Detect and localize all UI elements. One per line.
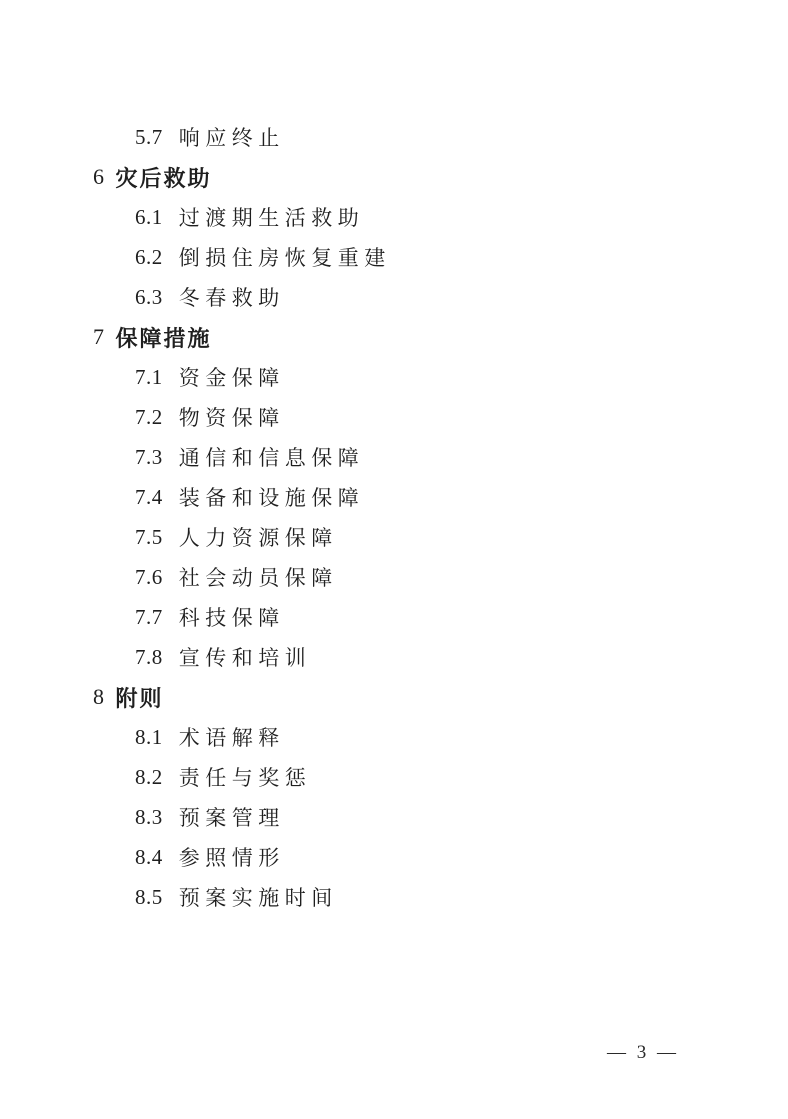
toc-entry-label: 响应终止 — [179, 122, 285, 152]
toc-entry-number: 7.1 — [135, 365, 163, 390]
toc-entry-number: 7.4 — [135, 485, 163, 510]
toc-entry-number: 7 — [93, 324, 105, 350]
toc-entry-label: 责任与奖惩 — [179, 762, 312, 792]
toc-entry-number: 8.1 — [135, 725, 163, 750]
toc-entry-label: 术语解释 — [179, 722, 285, 752]
toc-entry-label: 过渡期生活救助 — [179, 202, 365, 232]
toc-entry-label: 人力资源保障 — [179, 522, 338, 552]
toc-entry-number: 7.5 — [135, 525, 163, 550]
toc-entry-6-1: 6.1 过渡期生活救助 — [0, 197, 788, 237]
toc-entry-7: 7 保障措施 — [0, 317, 788, 357]
toc-entry-number: 8.5 — [135, 885, 163, 910]
toc-entry-number: 7.6 — [135, 565, 163, 590]
toc-entry-number: 7.8 — [135, 645, 163, 670]
toc-entry-label: 预案管理 — [179, 802, 285, 832]
document-page: 5.7 响应终止 6 灾后救助 6.1 过渡期生活救助 6.2 倒损住房恢复重建… — [0, 0, 788, 1119]
toc-entry-8-4: 8.4 参照情形 — [0, 837, 788, 877]
toc-entry-label: 装备和设施保障 — [179, 482, 365, 512]
toc-entry-7-6: 7.6 社会动员保障 — [0, 557, 788, 597]
toc-entry-6: 6 灾后救助 — [0, 157, 788, 197]
toc-entry-8-3: 8.3 预案管理 — [0, 797, 788, 837]
toc-entry-6-3: 6.3 冬春救助 — [0, 277, 788, 317]
toc-entry-label: 预案实施时间 — [179, 882, 338, 912]
toc-entry-number: 6 — [93, 164, 105, 190]
table-of-contents: 5.7 响应终止 6 灾后救助 6.1 过渡期生活救助 6.2 倒损住房恢复重建… — [0, 117, 788, 917]
toc-entry-number: 8 — [93, 684, 105, 710]
toc-entry-label: 通信和信息保障 — [179, 442, 365, 472]
toc-entry-label: 社会动员保障 — [179, 562, 338, 592]
toc-entry-label: 灾后救助 — [116, 162, 212, 193]
toc-entry-8-2: 8.2 责任与奖惩 — [0, 757, 788, 797]
toc-entry-5-7: 5.7 响应终止 — [0, 117, 788, 157]
toc-entry-number: 6.2 — [135, 245, 163, 270]
toc-entry-6-2: 6.2 倒损住房恢复重建 — [0, 237, 788, 277]
toc-entry-8-5: 8.5 预案实施时间 — [0, 877, 788, 917]
toc-entry-number: 8.3 — [135, 805, 163, 830]
toc-entry-number: 7.2 — [135, 405, 163, 430]
toc-entry-7-1: 7.1 资金保障 — [0, 357, 788, 397]
toc-entry-label: 资金保障 — [179, 362, 285, 392]
toc-entry-label: 倒损住房恢复重建 — [179, 242, 391, 272]
toc-entry-8-1: 8.1 术语解释 — [0, 717, 788, 757]
toc-entry-label: 参照情形 — [179, 842, 285, 872]
toc-entry-7-2: 7.2 物资保障 — [0, 397, 788, 437]
toc-entry-number: 8.2 — [135, 765, 163, 790]
toc-entry-label: 保障措施 — [116, 322, 212, 353]
toc-entry-label: 科技保障 — [179, 602, 285, 632]
toc-entry-label: 宣传和培训 — [179, 642, 312, 672]
toc-entry-number: 7.3 — [135, 445, 163, 470]
toc-entry-label: 冬春救助 — [179, 282, 285, 312]
page-number: — 3 — — [607, 1042, 679, 1064]
toc-entry-number: 7.7 — [135, 605, 163, 630]
toc-entry-label: 附则 — [116, 682, 164, 713]
toc-entry-7-4: 7.4 装备和设施保障 — [0, 477, 788, 517]
toc-entry-number: 6.1 — [135, 205, 163, 230]
toc-entry-7-8: 7.8 宣传和培训 — [0, 637, 788, 677]
toc-entry-7-5: 7.5 人力资源保障 — [0, 517, 788, 557]
toc-entry-label: 物资保障 — [179, 402, 285, 432]
toc-entry-number: 6.3 — [135, 285, 163, 310]
toc-entry-number: 8.4 — [135, 845, 163, 870]
toc-entry-8: 8 附则 — [0, 677, 788, 717]
toc-entry-7-7: 7.7 科技保障 — [0, 597, 788, 637]
toc-entry-7-3: 7.3 通信和信息保障 — [0, 437, 788, 477]
toc-entry-number: 5.7 — [135, 125, 163, 150]
